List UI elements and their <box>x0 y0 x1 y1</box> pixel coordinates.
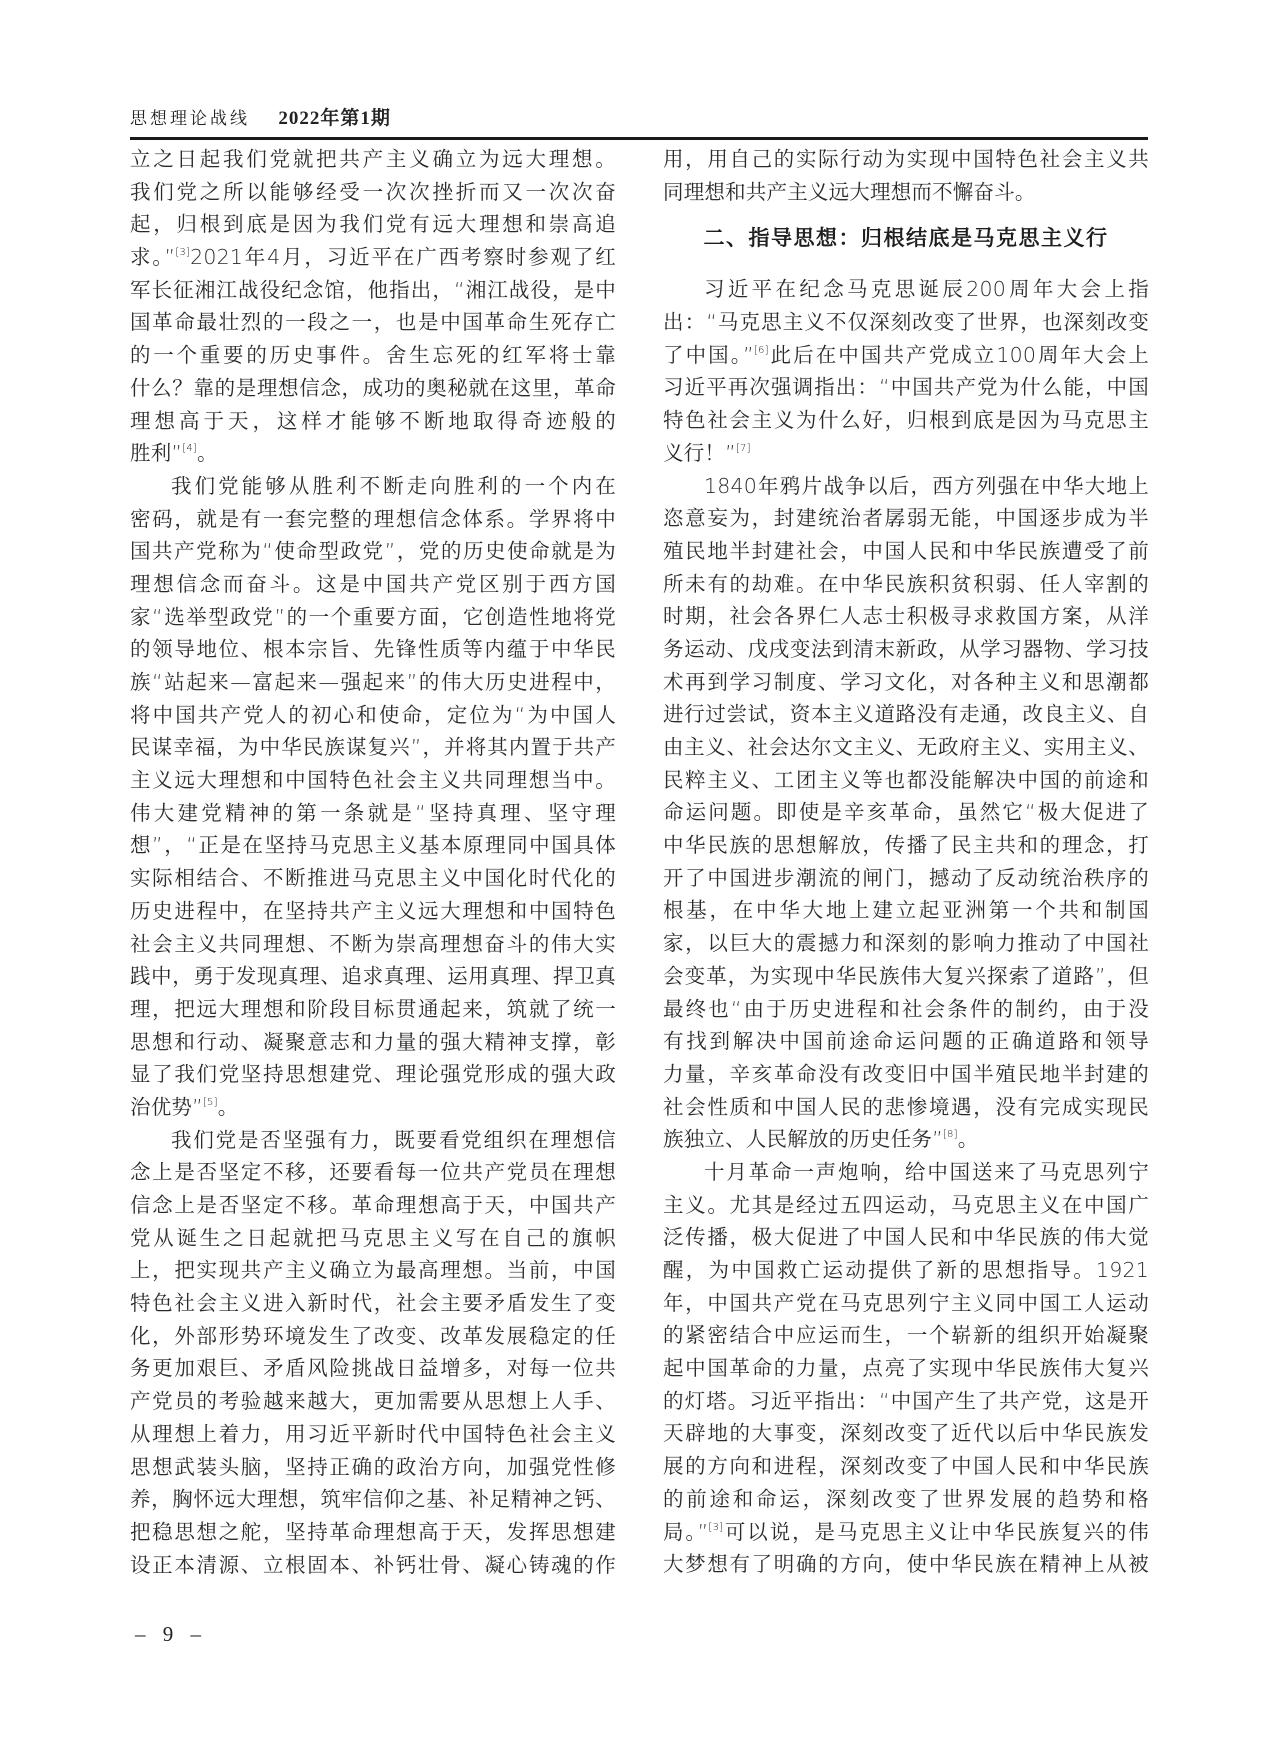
line-text: 社会性质和中国人民的悲惨境遇，没有完成实现民 <box>663 1095 1149 1119</box>
text-line: 产党员的考验越来越大，更加需要从思想上人手、 <box>130 1385 616 1418</box>
line-text: 会变革，为实现中华民族伟大复兴探索了道路”，但 <box>663 964 1149 988</box>
text-line: 我们党是否坚强有力，既要看党组织在理想信 <box>130 1124 616 1157</box>
text-line: 民粹主义、工团主义等也都没能解决中国的前途和 <box>663 764 1149 797</box>
text-line: 族“站起来—富起来—强起来”的伟大历史进程中， <box>130 666 616 699</box>
line-text: 思想武装头脑，坚持正确的政治方向，加强党性修 <box>130 1455 616 1479</box>
line-text: 习近平再次强调指出：“中国共产党为什么能，中国 <box>663 375 1149 399</box>
text-line: 有找到解决中国前途命运问题的正确道路和领导 <box>663 1025 1149 1058</box>
line-text: 显了我们党坚持思想建党、理论强党形成的强大政 <box>130 1062 616 1086</box>
line-text: 家，以巨大的震撼力和深刻的影响力推动了中国社 <box>663 931 1149 955</box>
citation-ref: [5] <box>203 1097 218 1108</box>
line-text: 所未有的劫难。在中华民族积贫积弱、任人宰割的 <box>663 572 1149 596</box>
citation-ref: [8] <box>943 1129 958 1140</box>
text-line: 殖民地半封建社会，中国人民和中华民族遭受了前 <box>663 535 1149 568</box>
text-line: 起，归根到底是因为我们党有远大理想和崇高追 <box>130 208 616 241</box>
right-column: 用，用自己的实际行动为实现中国特色社会主义共同理想和共产主义远大理想而不懈奋斗。… <box>663 143 1149 1581</box>
line-text: 了中国。” <box>663 343 754 367</box>
line-text: 年，中国共产党在马克思列宁主义同中国工人运动 <box>663 1291 1149 1315</box>
line-text: 将中国共产党人的初心和使命，定位为“为中国人 <box>130 703 616 727</box>
text-line: 伟大建党精神的第一条就是“坚持真理、坚守理 <box>130 797 616 830</box>
line-text: 特色社会主义为什么好，归根到底是因为马克思主 <box>663 408 1149 432</box>
line-text-after-ref: 可以说，是马克思主义让中华民族复兴的伟 <box>723 1520 1149 1544</box>
text-line: 把稳思想之舵，坚持革命理想高于天，发挥思想建 <box>130 1516 616 1549</box>
line-text: 同理想和共产主义远大理想而不懈奋斗。 <box>663 180 1036 204</box>
line-text: 习近平在纪念马克思诞辰200周年大会上指 <box>704 277 1149 301</box>
line-text: 有找到解决中国前途命运问题的正确道路和领导 <box>663 1029 1149 1053</box>
text-line: 密码，就是有一套完整的理想信念体系。学界将中 <box>130 503 616 536</box>
text-line: 义行！”[7] <box>663 437 1149 470</box>
text-line: 理想信念而奋斗。这是中国共产党区别于西方国 <box>130 568 616 601</box>
line-text: 信念上是否坚定不移。革命理想高于天，中国共产 <box>130 1193 616 1217</box>
text-line: 特色社会主义进入新时代，社会主要矛盾发生了变 <box>130 1287 616 1320</box>
text-line: 醒，为中国救亡运动提供了新的思想指导。1921 <box>663 1254 1149 1287</box>
text-line: 用，用自己的实际行动为实现中国特色社会主义共 <box>663 143 1149 176</box>
citation-ref: [6] <box>754 345 769 356</box>
line-text: 中华民族的思想解放，传播了民主共和的理念，打 <box>663 833 1149 857</box>
text-line: 主义。尤其是经过五四运动，马克思主义在中国广 <box>663 1189 1149 1222</box>
line-text: 泛传播，极大促进了中国人民和中华民族的伟大觉 <box>663 1225 1149 1249</box>
line-text: 立之日起我们党就把共产主义确立为远大理想。 <box>130 147 616 171</box>
line-text: 国共产党称为“使命型政党”，党的历史使命就是为 <box>130 539 616 563</box>
text-line: 会变革，为实现中华民族伟大复兴探索了道路”，但 <box>663 960 1149 993</box>
line-text: 我们党能够从胜利不断走向胜利的一个内在 <box>171 474 616 498</box>
line-text: 什么？靠的是理想信念，成功的奥秘就在这里，革命 <box>130 376 616 400</box>
text-line: 年，中国共产党在马克思列宁主义同中国工人运动 <box>663 1287 1149 1320</box>
text-line: 军长征湘江战役纪念馆，他指出，“湘江战役，是中 <box>130 274 616 307</box>
text-line: 什么？靠的是理想信念，成功的奥秘就在这里，革命 <box>130 372 616 405</box>
line-text: 用，用自己的实际行动为实现中国特色社会主义共 <box>663 147 1149 171</box>
header-rule <box>130 137 1148 140</box>
text-line: 由主义、社会达尔文主义、无政府主义、实用主义、 <box>663 731 1149 764</box>
text-line: 出：“马克思主义不仅深刻改变了世界，也深刻改变 <box>663 306 1149 339</box>
line-text: 醒，为中国救亡运动提供了新的思想指导。1921 <box>663 1258 1149 1282</box>
line-text: 出：“马克思主义不仅深刻改变了世界，也深刻改变 <box>663 310 1149 334</box>
text-line: 党从诞生之日起就把马克思主义写在自己的旗帜 <box>130 1222 616 1255</box>
text-line: 1840年鸦片战争以后，西方列强在中华大地上 <box>663 470 1149 503</box>
line-text: 命运问题。即使是辛亥革命，虽然它“极大促进了 <box>663 800 1149 824</box>
line-text: 族独立、人民解放的历史任务” <box>663 1127 943 1151</box>
line-text: 开了中国进步潮流的闸门，撼动了反动统治秩序的 <box>663 866 1149 890</box>
text-line: 上，把实现共产主义确立为最高理想。当前，中国 <box>130 1254 616 1287</box>
text-line: 理，把远大理想和阶段目标贯通起来，筑就了统一 <box>130 993 616 1026</box>
line-text: 民谋幸福，为中华民族谋复兴”，并将其内置于共产 <box>130 735 616 759</box>
text-line: 践中，勇于发现真理、追求真理、运用真理、捍卫真 <box>130 960 616 993</box>
right-column-body: 习近平在纪念马克思诞辰200周年大会上指出：“马克思主义不仅深刻改变了世界，也深… <box>663 273 1149 1581</box>
line-text: 养，胸怀远大理想，筑牢信仰之基、补足精神之钙、 <box>130 1487 616 1511</box>
line-text: 的一个重要的历史事件。舍生忘死的红军将士靠 <box>130 343 616 367</box>
text-line: 十月革命一声炮响，给中国送来了马克思列宁 <box>663 1156 1149 1189</box>
line-text: 时期，社会各界仁人志士积极寻求救国方案，从洋 <box>663 604 1149 628</box>
line-text: 的紧密结合中应运而生，一个崭新的组织开始凝聚 <box>663 1323 1149 1347</box>
line-text: 想”，“正是在坚持马克思主义基本原理同中国具体 <box>130 833 616 857</box>
text-line: 信念上是否坚定不移。革命理想高于天，中国共产 <box>130 1189 616 1222</box>
line-text: 由主义、社会达尔文主义、无政府主义、实用主义、 <box>663 735 1149 759</box>
text-line: 胜利”[4]。 <box>130 437 616 470</box>
line-text: 历史进程中，在坚持共产主义远大理想和中国特色 <box>130 899 616 923</box>
text-line: 展的方向和进程，深刻改变了中国人民和中华民族 <box>663 1450 1149 1483</box>
line-text: 殖民地半封建社会，中国人民和中华民族遭受了前 <box>663 539 1149 563</box>
text-line: 的灯塔。习近平指出：“中国产生了共产党，这是开 <box>663 1385 1149 1418</box>
text-line: 社会性质和中国人民的悲惨境遇，没有完成实现民 <box>663 1091 1149 1124</box>
line-text: 天辟地的大事变，深刻改变了近代以后中华民族发 <box>663 1421 1149 1445</box>
line-text: 进行过尝试，资本主义道路没有走通，改良主义、自 <box>663 702 1149 726</box>
text-line: 族独立、人民解放的历史任务”[8]。 <box>663 1123 1149 1156</box>
text-line: 了中国。”[6]此后在中国共产党成立100周年大会上 <box>663 339 1149 372</box>
line-text: 大梦想有了明确的方向，使中华民族在精神上从被 <box>663 1552 1149 1576</box>
line-text: 根基，在中华大地上建立起亚洲第一个共和制国 <box>663 898 1149 922</box>
text-line: 设正本清源、立根固本、补钙壮骨、凝心铸魂的作 <box>130 1549 616 1582</box>
line-text: 1840年鸦片战争以后，西方列强在中华大地上 <box>704 474 1149 498</box>
text-line: 将中国共产党人的初心和使命，定位为“为中国人 <box>130 699 616 732</box>
line-text: 实际相结合、不断推进马克思主义中国化时代化的 <box>130 866 616 890</box>
right-column-top: 用，用自己的实际行动为实现中国特色社会主义共同理想和共产主义远大理想而不懈奋斗。 <box>663 143 1149 208</box>
citation-ref: [3] <box>708 1522 723 1533</box>
text-line: 养，胸怀远大理想，筑牢信仰之基、补足精神之钙、 <box>130 1483 616 1516</box>
line-text: 思想和行动、凝聚意志和力量的强大精神支撑，彰 <box>130 1030 616 1054</box>
line-text: 胜利” <box>130 441 182 465</box>
text-line: 务运动、戊戌变法到清末新政，从学习器物、学习技 <box>663 633 1149 666</box>
line-text: 上，把实现共产主义确立为最高理想。当前，中国 <box>130 1258 616 1282</box>
text-line: 所未有的劫难。在中华民族积贫积弱、任人宰割的 <box>663 568 1149 601</box>
line-text: 务运动、戊戌变法到清末新政，从学习器物、学习技 <box>663 637 1149 661</box>
line-text: 从理想上着力，用习近平新时代中国特色社会主义 <box>130 1422 616 1446</box>
line-text: 主义。尤其是经过五四运动，马克思主义在中国广 <box>663 1193 1149 1217</box>
journal-name: 思想理论战线 <box>130 109 250 129</box>
line-text-after-ref: 2021年4月，习近平在广西考察时参观了红 <box>190 245 616 269</box>
text-line: 主义远大理想和中国特色社会主义共同理想当中。 <box>130 764 616 797</box>
line-text: 践中，勇于发现真理、追求真理、运用真理、捍卫真 <box>130 964 616 988</box>
text-line: 最终也“由于历史进程和社会条件的制约，由于没 <box>663 993 1149 1026</box>
line-text: 我们党是否坚强有力，既要看党组织在理想信 <box>171 1128 616 1152</box>
line-text: 把稳思想之舵，坚持革命理想高于天，发挥思想建 <box>130 1520 616 1544</box>
text-line: 我们党之所以能够经受一次次挫折而又一次次奋 <box>130 176 616 209</box>
text-line: 开了中国进步潮流的闸门，撼动了反动统治秩序的 <box>663 862 1149 895</box>
line-text: 术再到学习制度、学习文化，对各种主义和思潮都 <box>663 670 1149 694</box>
text-line: 的领导地位、根本宗旨、先锋性质等内蕴于中华民 <box>130 633 616 666</box>
line-text: 局。” <box>663 1520 708 1544</box>
line-text: 产党员的考验越来越大，更加需要从思想上人手、 <box>130 1389 616 1413</box>
text-line: 特色社会主义为什么好，归根到底是因为马克思主 <box>663 404 1149 437</box>
line-text: 念上是否坚定不移，还要看每一位共产党员在理想 <box>130 1160 616 1184</box>
text-line: 习近平再次强调指出：“中国共产党为什么能，中国 <box>663 371 1149 404</box>
line-text: 党从诞生之日起就把马克思主义写在自己的旗帜 <box>130 1226 616 1250</box>
text-line: 的紧密结合中应运而生，一个崭新的组织开始凝聚 <box>663 1319 1149 1352</box>
text-line: 显了我们党坚持思想建党、理论强党形成的强大政 <box>130 1058 616 1091</box>
text-line: 求。”[3]2021年4月，习近平在广西考察时参观了红 <box>130 241 616 274</box>
text-line: 起中国革命的力量，点亮了实现中华民族伟大复兴 <box>663 1352 1149 1385</box>
line-text: 十月革命一声炮响，给中国送来了马克思列宁 <box>704 1160 1149 1184</box>
text-line: 习近平在纪念马克思诞辰200周年大会上指 <box>663 273 1149 306</box>
line-text: 国革命最壮烈的一段之一，也是中国革命生死存亡 <box>130 310 616 334</box>
text-line: 的一个重要的历史事件。舍生忘死的红军将士靠 <box>130 339 616 372</box>
line-text: 特色社会主义进入新时代，社会主要矛盾发生了变 <box>130 1291 616 1315</box>
text-line: 术再到学习制度、学习文化，对各种主义和思潮都 <box>663 666 1149 699</box>
section-heading: 二、指导思想：归根结底是马克思主义行 <box>663 208 1149 273</box>
line-text: 展的方向和进程，深刻改变了中国人民和中华民族 <box>663 1454 1149 1478</box>
line-text: 理想高于天，这样才能够不断地取得奇迹般的 <box>130 409 616 433</box>
text-line: 思想和行动、凝聚意志和力量的强大精神支撑，彰 <box>130 1026 616 1059</box>
line-text: 伟大建党精神的第一条就是“坚持真理、坚守理 <box>130 801 616 825</box>
text-line: 局。”[3]可以说，是马克思主义让中华民族复兴的伟 <box>663 1516 1149 1549</box>
text-line: 家“选举型政党”的一个重要方面，它创造性地将党 <box>130 601 616 634</box>
text-line: 进行过尝试，资本主义道路没有走通，改良主义、自 <box>663 698 1149 731</box>
page-number: – 9 – <box>135 1622 207 1647</box>
line-text: 起中国革命的力量，点亮了实现中华民族伟大复兴 <box>663 1356 1149 1380</box>
line-text: 的灯塔。习近平指出：“中国产生了共产党，这是开 <box>663 1389 1149 1413</box>
text-line: 实际相结合、不断推进马克思主义中国化时代化的 <box>130 862 616 895</box>
text-line: 天辟地的大事变，深刻改变了近代以后中华民族发 <box>663 1417 1149 1450</box>
text-line: 的前途和命运，深刻改变了世界发展的趋势和格 <box>663 1483 1149 1516</box>
text-line: 国革命最壮烈的一段之一，也是中国革命生死存亡 <box>130 306 616 339</box>
text-line: 我们党能够从胜利不断走向胜利的一个内在 <box>130 470 616 503</box>
line-text: 的前途和命运，深刻改变了世界发展的趋势和格 <box>663 1487 1149 1511</box>
text-line: 务更加艰巨、矛盾风险挑战日益增多，对每一位共 <box>130 1352 616 1385</box>
line-text: 主义远大理想和中国特色社会主义共同理想当中。 <box>130 768 616 792</box>
text-line: 命运问题。即使是辛亥革命，虽然它“极大促进了 <box>663 796 1149 829</box>
text-line: 力量，辛亥革命没有改变旧中国半殖民地半封建的 <box>663 1058 1149 1091</box>
line-text: 军长征湘江战役纪念馆，他指出，“湘江战役，是中 <box>130 278 616 302</box>
line-text: 密码，就是有一套完整的理想信念体系。学界将中 <box>130 507 616 531</box>
line-text: 的领导地位、根本宗旨、先锋性质等内蕴于中华民 <box>130 637 616 661</box>
line-text: 求。” <box>130 245 175 269</box>
line-text: 理，把远大理想和阶段目标贯通起来，筑就了统一 <box>130 997 616 1021</box>
citation-ref: [3] <box>175 247 190 258</box>
text-line: 泛传播，极大促进了中国人民和中华民族的伟大觉 <box>663 1221 1149 1254</box>
line-text: 我们党之所以能够经受一次次挫折而又一次次奋 <box>130 180 616 204</box>
line-text: 最终也“由于历史进程和社会条件的制约，由于没 <box>663 997 1149 1021</box>
line-text: 社会主义共同理想、不断为崇高理想奋斗的伟大实 <box>130 932 616 956</box>
line-text: 设正本清源、立根固本、补钙壮骨、凝心铸魂的作 <box>130 1553 616 1577</box>
text-line: 理想高于天，这样才能够不断地取得奇迹般的 <box>130 405 616 438</box>
text-line: 治优势”[5]。 <box>130 1091 616 1124</box>
text-line: 根基，在中华大地上建立起亚洲第一个共和制国 <box>663 894 1149 927</box>
text-line: 时期，社会各界仁人志士积极寻求救国方案，从洋 <box>663 600 1149 633</box>
citation-ref: [4] <box>182 443 197 454</box>
text-line: 中华民族的思想解放，传播了民主共和的理念，打 <box>663 829 1149 862</box>
line-text: 义行！” <box>663 441 736 465</box>
text-line: 思想武装头脑，坚持正确的政治方向，加强党性修 <box>130 1451 616 1484</box>
line-text: 理想信念而奋斗。这是中国共产党区别于西方国 <box>130 572 616 596</box>
text-line: 家，以巨大的震撼力和深刻的影响力推动了中国社 <box>663 927 1149 960</box>
line-text: 恣意妄为，封建统治者孱弱无能，中国逐步成为半 <box>663 506 1149 530</box>
text-line: 同理想和共产主义远大理想而不懈奋斗。 <box>663 176 1149 209</box>
left-column: 立之日起我们党就把共产主义确立为远大理想。我们党之所以能够经受一次次挫折而又一次… <box>130 143 616 1581</box>
line-text: 治优势” <box>130 1095 203 1119</box>
text-line: 恣意妄为，封建统治者孱弱无能，中国逐步成为半 <box>663 502 1149 535</box>
line-text-after-ref: 此后在中国共产党成立100周年大会上 <box>769 343 1149 367</box>
line-text: 家“选举型政党”的一个重要方面，它创造性地将党 <box>130 605 616 629</box>
citation-ref: [7] <box>736 443 751 454</box>
line-text: 力量，辛亥革命没有改变旧中国半殖民地半封建的 <box>663 1062 1149 1086</box>
text-line: 历史进程中，在坚持共产主义远大理想和中国特色 <box>130 895 616 928</box>
line-text: 务更加艰巨、矛盾风险挑战日益增多，对每一位共 <box>130 1356 616 1380</box>
line-text: 民粹主义、工团主义等也都没能解决中国的前途和 <box>663 768 1149 792</box>
text-line: 大梦想有了明确的方向，使中华民族在精神上从被 <box>663 1548 1149 1581</box>
line-text-after-ref: 。 <box>218 1095 239 1119</box>
line-text: 族“站起来—富起来—强起来”的伟大历史进程中， <box>130 670 616 694</box>
running-head: 思想理论战线 2022年第1期 <box>130 103 391 129</box>
line-text-after-ref: 。 <box>958 1127 979 1151</box>
line-text: 化，外部形势环境发生了改变、改革发展稳定的任 <box>130 1324 616 1348</box>
text-line: 想”，“正是在坚持马克思主义基本原理同中国具体 <box>130 829 616 862</box>
text-line: 从理想上着力，用习近平新时代中国特色社会主义 <box>130 1418 616 1451</box>
text-line: 念上是否坚定不移，还要看每一位共产党员在理想 <box>130 1156 616 1189</box>
text-line: 化，外部形势环境发生了改变、改革发展稳定的任 <box>130 1320 616 1353</box>
issue-label: 2022年第1期 <box>278 108 391 129</box>
line-text: 起，归根到底是因为我们党有远大理想和崇高追 <box>130 212 616 236</box>
text-line: 立之日起我们党就把共产主义确立为远大理想。 <box>130 143 616 176</box>
text-line: 民谋幸福，为中华民族谋复兴”，并将其内置于共产 <box>130 731 616 764</box>
text-line: 国共产党称为“使命型政党”，党的历史使命就是为 <box>130 535 616 568</box>
line-text-after-ref: 。 <box>197 441 218 465</box>
text-line: 社会主义共同理想、不断为崇高理想奋斗的伟大实 <box>130 928 616 961</box>
